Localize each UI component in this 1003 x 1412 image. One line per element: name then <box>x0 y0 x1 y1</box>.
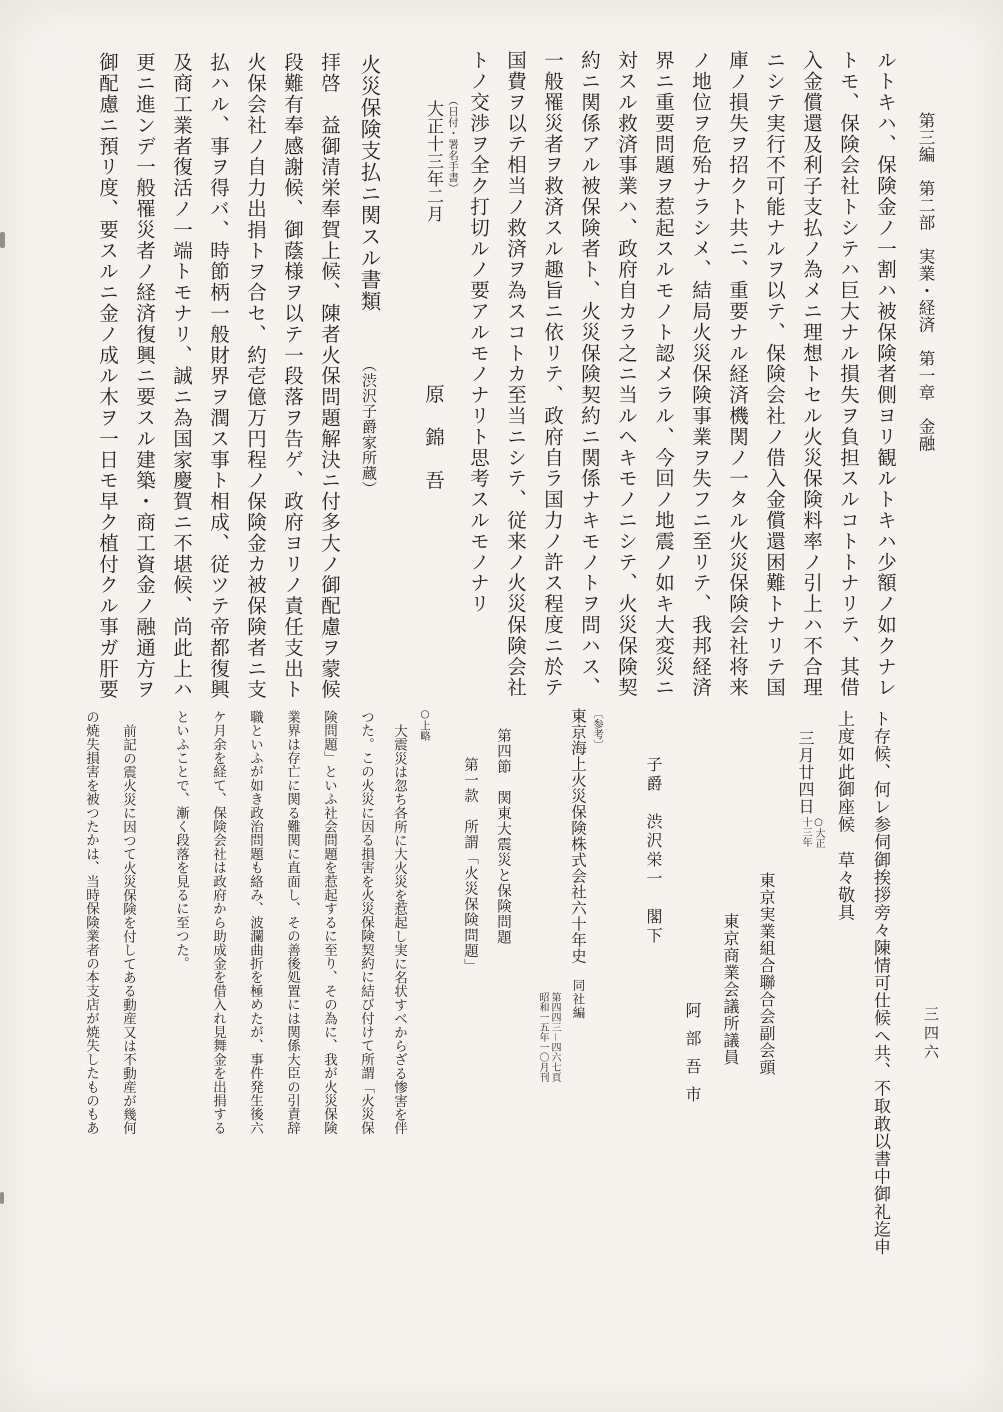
quote-line: 前記の震火災に因つて火災保険を付してある動産又は不動産が幾何 <box>109 708 146 1308</box>
memo-line: 入金償還及利子支払ノ為メニ理想トセル火災保険料率ノ引上ハ不合理 <box>793 48 830 728</box>
memo-handwritten-note: （日付・署名手書） <box>446 48 460 728</box>
memo-date: 大正十三年二月 <box>423 100 443 223</box>
letter-heading-column: 火災保険支払ニ関スル書類（渋沢子爵家所蔵） <box>348 48 390 728</box>
section-heading: 第四節 関東大震災と保険問題 <box>488 708 518 1308</box>
quote-line: といふことで、漸く段落を見るに至つた。 <box>162 708 199 1308</box>
memo-line: トモ、保険会社トシテハ巨大ナル損失ヲ負担スルコトトナリテ、其借 <box>830 48 867 728</box>
letter-date-column: 三月廿四日○大正十三年 <box>784 708 826 1308</box>
recipient-name: 子爵 渋沢栄一 閣下 <box>634 708 672 1308</box>
memo-line: トノ交渉ヲ全ク打切ルノ要アルモノナリト思考スルモノナリ <box>460 48 497 728</box>
letter-heading: 火災保険支払ニ関スル書類 <box>357 54 381 312</box>
quote-line: 業界は存亡に関る難関に直面し、その善後処置には関係大臣の引責辞 <box>273 708 310 1308</box>
scan-smudge <box>0 1192 4 1204</box>
memo-line: ルトキハ、保険金ノ一割ハ被保険者側ヨリ観ルトキハ少額ノ如クナレ <box>867 48 904 728</box>
memo-line: ニシテ実行不可能ナルヲ以テ、保険会社ノ借入金償還困難トナリテ国 <box>756 48 793 728</box>
book-page: 第三編 第二部 実業・経済 第一章 金融 ルトキハ、保険金ノ一割ハ被保険者側ヨリ… <box>0 0 1003 1412</box>
memo-line: ノ地位ヲ危殆ナラシメ、結局火災保険事業ヲ失フニ至リテ、我邦経済 <box>682 48 719 728</box>
letter-line: 更ニ進ンデ一般罹災者ノ経済復興ニ要スル建築・商工資金ノ融通方ヲ <box>126 48 163 728</box>
memo-date-wrap: 大正十三年二月原 錦 吾 <box>420 48 446 728</box>
sender-name: 阿部吾市 <box>672 708 712 1308</box>
letter-line: 段難有奉感謝候、御蔭様ヲ以テ一段落ヲ告ゲ、政府ヨリノ責任支出ト <box>274 48 311 728</box>
letter-closing-line: 上度如此御座候 草々敬具 <box>826 708 862 1308</box>
scan-smudge <box>0 232 5 248</box>
memo-line: 一般罹災者ヲ救済スル趣旨ニ依リテ、政府自ラ国力ノ許ス程度ニ於テ <box>534 48 571 728</box>
letter-line: 火保会社ノ自力出捐トヲ合セ、約壱億万円程ノ保険金カ被保険者ニ支 <box>237 48 274 728</box>
book-publication-note: 昭和一五年一〇月刊 <box>536 708 548 1308</box>
quote-line: の焼失損害を被つたかは、当時保険業者の本支店が焼失したものもあ <box>72 708 109 1308</box>
memo-and-letter-section: 第三編 第二部 実業・経済 第一章 金融 ルトキハ、保険金ノ一割ハ被保険者側ヨリ… <box>89 48 946 728</box>
memo-date-column: （日付・署名手書） 大正十三年二月原 錦 吾 <box>420 48 460 728</box>
reference-publication-column: 第四四三－四六七頁 昭和一五年一〇月刊 <box>536 708 560 1308</box>
running-header: 第三編 第二部 実業・経済 第一章 金融 <box>904 48 946 728</box>
page-number: 三四六 <box>922 1006 940 1063</box>
quote-line: 職といふが如き政治問題も絡み、波瀾曲折を極めたが、事件発生後六 <box>236 708 273 1308</box>
quote-line: 大震災は忽ち各所に大火災を惹起し実に名状すべからざる惨害を伴 <box>384 708 414 1308</box>
book-title: 東京海上火災保険株式会社六十年史 <box>569 708 587 964</box>
quote-line: つた。この火災に因る損害を火災保険契約に結び付けて所謂「火災保 <box>347 708 384 1308</box>
sender-title-2: 東京商業会議所議員 <box>712 708 748 1308</box>
sender-title-1: 東京実業組合聯合会副会頭 <box>748 708 784 1308</box>
memo-line: 国費ヲ以テ相当ノ救済ヲ為スコトカ至当ニシテ、従来ノ火災保険会社 <box>497 48 534 728</box>
memo-line: 界ニ重要問題ヲ惹起スルモノト認メラル、今回ノ地震ノ如キ大変災ニ <box>645 48 682 728</box>
subsection-heading: 第一款 所謂「火災保険問題」 <box>452 708 488 1308</box>
letter-line: 拝啓 益御清栄奉賀上候、陳者火保問題解決ニ付多大ノ御配慮ヲ蒙候 <box>311 48 348 728</box>
quote-line: 険問題」といふ社会問題を惹起するに至り、その為に、我が火災保険 <box>310 708 347 1308</box>
omission-note: ○上略 <box>418 708 432 1308</box>
letter-line: 御配慮ニ預リ度、要スルニ金ノ成ル木ヲ一日モ早ク植付クル事ガ肝要 <box>89 48 126 728</box>
letter-closing-and-reference-section: ト存候、何レ参伺御挨拶旁々陳情可仕候へ共、不取敢以書中御礼迄申 上度如此御座候 … <box>72 708 898 1308</box>
year-note-right: ○大正 <box>812 817 825 848</box>
letter-date: 三月廿四日 <box>796 730 815 815</box>
reference-label: 〔参考〕 <box>590 708 606 1308</box>
year-note-left: 十三年 <box>799 817 812 848</box>
reference-book-title-column: 東京海上火災保険株式会社六十年史同社編 <box>566 708 590 1308</box>
memo-line: 庫ノ損失ヲ招クト共ニ、重要ナル経済機関ノ一タル火災保険会社将来 <box>719 48 756 728</box>
book-editor: 同社編 <box>566 979 590 1020</box>
memo-line: 約ニ関係アル被保険者ト、火災保険契約ニ関係ナキモノトヲ問ハス、 <box>571 48 608 728</box>
letter-line: 及商工業者復活ノ一端トモナリ、誠ニ為国家慶賀ニ不堪候、尚此上ハ <box>163 48 200 728</box>
book-pages-note: 第四四三－四六七頁 <box>548 708 560 1308</box>
letter-line: 払ハル、事ヲ得バ、時節柄一般財界ヲ潤ス事ト相成、従ツテ帝都復興 <box>200 48 237 728</box>
letter-source-note: （渋沢子爵家所蔵） <box>348 357 390 497</box>
letter-date-year-note: ○大正十三年 <box>799 817 825 848</box>
memo-signature: 原 錦 吾 <box>420 384 446 492</box>
letter-closing-line: ト存候、何レ参伺御挨拶旁々陳情可仕候へ共、不取敢以書中御礼迄申 <box>862 708 898 1308</box>
memo-line: 対スル救済事業ハ、政府自カラ之ニ当ルヘキモノニシテ、火災保険契 <box>608 48 645 728</box>
quote-line: ケ月余を経て、保険会社は政府から助成金を借入れ見舞金を出捐する <box>199 708 236 1308</box>
